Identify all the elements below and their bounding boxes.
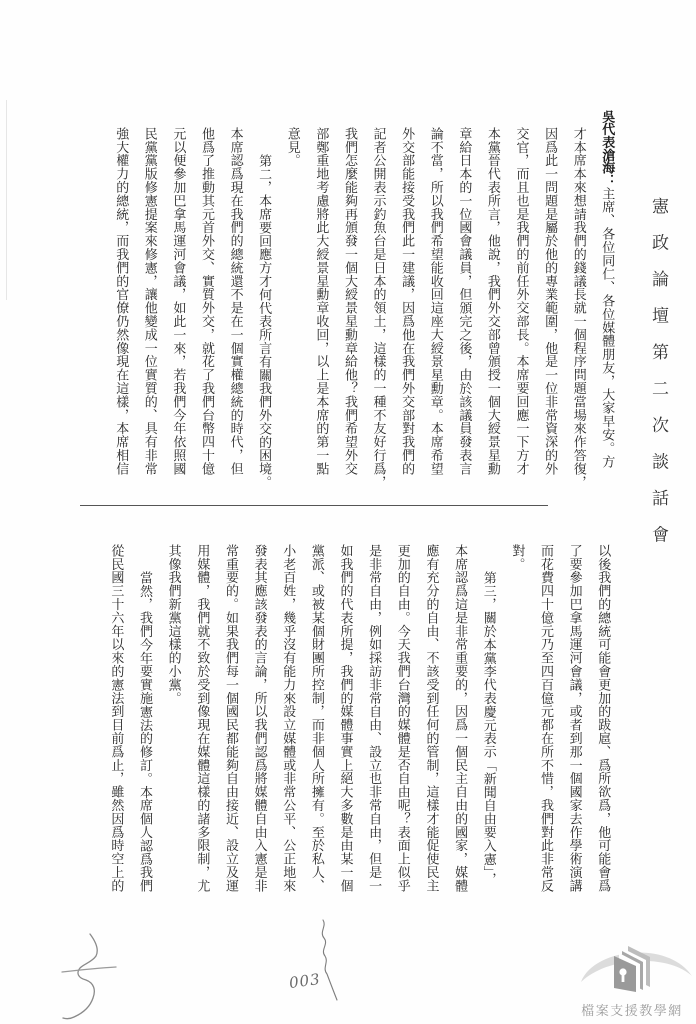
archive-watermark-logo: 檔案支援教學網: [576, 940, 696, 1024]
text-column: 黨派、或被某個財團所控制，而非個人所擁有。至於私人、: [301, 544, 330, 892]
text-column: 論不當，所以我們希望能收回這座大綬景星勳章。本席希望: [420, 127, 449, 475]
text-column: 用媒體，我們就不致於受到像現在媒體這樣的諸多限制，尤: [187, 544, 216, 892]
text-column: 民黨黨版修憲提案來修憲，讓他變成一位實質的、具有非常: [134, 127, 163, 475]
handwritten-five-mark: 5: [62, 934, 116, 1019]
text-column: 本黨晉代表所言，他說，我們外交部曾頒授一個大綬景星勳: [477, 127, 506, 475]
scanned-document-page: 憲政論壇第二次談話會 吳代表滄海：主席、各位同仁、各位媒體朋友，大家早安。方 才…: [0, 0, 696, 1024]
text-column: 本席認爲現在我們的總統還不是在一個實權總統的時代，但: [220, 127, 249, 475]
lower-text-section: 以後我們的總統可能會更加的跋扈、爲所欲爲，他可能會爲 了要參加巴拿馬運河會議，或…: [101, 544, 617, 914]
text-column: 了要參加巴拿馬運河會議，或者到那一個國家去作學術演講: [559, 544, 588, 892]
handwritten-squiggle: [322, 920, 337, 1000]
scan-edge-shadow: [6, 100, 7, 300]
text-column: 應有充分的自由、不該受到任何的管制，這樣才能促使民主: [416, 544, 445, 892]
upper-text-section: 吳代表滄海：主席、各位同仁、各位媒體朋友，大家早安。方 才本席本來想請我們的錢議…: [106, 127, 621, 497]
text-column: 更加的自由。今天我們台灣的媒體是否自由呢？表面上似乎: [387, 544, 416, 892]
text-column: 對。: [502, 544, 531, 571]
speaker-name: 吳代表滄海：: [599, 110, 614, 187]
text-column: 意見。: [277, 127, 306, 167]
text-column: 元以便參加巴拿馬運河會議，如此一來，若我們今年依照國: [163, 127, 192, 475]
text-column: 我們怎麼能夠再頒發一個大綬景星勳章給他？我們希望外交: [334, 127, 363, 475]
text-column: 交官，而且也是我們的前任外交部長。本席要回應一下方才: [506, 127, 535, 475]
text-column: 以後我們的總統可能會更加的跋扈、爲所欲爲，他可能會爲: [588, 544, 617, 892]
text-column: 章給日本的一位國會議員，但頒完之後，由於該議員發表言: [449, 127, 478, 475]
text-column: 吳代表滄海：主席、各位同仁、各位媒體朋友，大家早安。方: [592, 110, 621, 468]
watermark-text: 檔案支援教學網: [576, 1000, 688, 1019]
text-column: 強大權力的總統，而我們的官僚仍然像現在這樣，本席相信: [106, 127, 135, 475]
text-column: 是非常自由，例如採訪非常自由、設立也非常自由，但是一: [359, 544, 388, 892]
paragraph-start-column: 第三，關於本黨李代表慶元表示「新聞自由要入憲」，: [473, 544, 502, 886]
text-column: 如我們的代表所提，我們的媒體事實上絕大多數是由某一個: [330, 544, 359, 892]
text-column: 而花費四十億元乃至四百億元都在所不惜，我們對此非常反: [530, 544, 559, 892]
section-divider: [80, 505, 548, 506]
text-column: 常重要的。如果我們每一個國民都能夠自由接近、設立及運: [215, 544, 244, 892]
paragraph-start-column: 第二，本席要回應方才何代表所言有關我們外交的困境。: [249, 127, 278, 489]
text-column: 從民國三十六年以來的憲法到目前爲止，雖然因爲時空上的: [101, 544, 130, 892]
text-column: 本席認爲這是非常重要的，因爲一個民主自由的國家，媒體: [444, 544, 473, 892]
paragraph-start-column: 當然，我們今年要實施憲法的修訂。本席個人認爲我們: [129, 544, 158, 892]
page-title: 憲政論壇第二次談話會: [644, 197, 672, 562]
text-column: 他爲了推動其元首外交、實質外交，就花了我們台幣四十億: [191, 127, 220, 475]
text-column: 小老百姓，幾乎沒有能力來設立媒體或非常公平、公正地來: [273, 544, 302, 892]
archive-book-keyhole-icon: [576, 940, 696, 1000]
handwritten-page-number: 003: [288, 970, 322, 992]
text-column: 發表其應該發表的言論，所以我們認爲將媒體自由入憲是非: [244, 544, 273, 892]
column-text: 主席、各位同仁、各位媒體朋友，大家早安。方: [599, 187, 614, 468]
text-column: 部鄭重地考慮將此大綬景星勳章收回，以上是本席的第一點: [306, 127, 335, 475]
text-column: 外交部能接受我們此一建議，因爲他在我們外交部對我們的: [392, 127, 421, 475]
text-column: 其像我們新黨這樣的小黨。: [158, 544, 187, 705]
text-column: 記者公開表示釣魚台是日本的領土，這樣的一種不友好行爲，: [363, 127, 392, 489]
text-column: 因爲此一問題是屬於他的專業範圍，他是一位非常資深的外: [535, 127, 564, 475]
text-column: 才本席本來想請我們的錢議長就一個程序問題當場來作答復，: [563, 127, 592, 489]
